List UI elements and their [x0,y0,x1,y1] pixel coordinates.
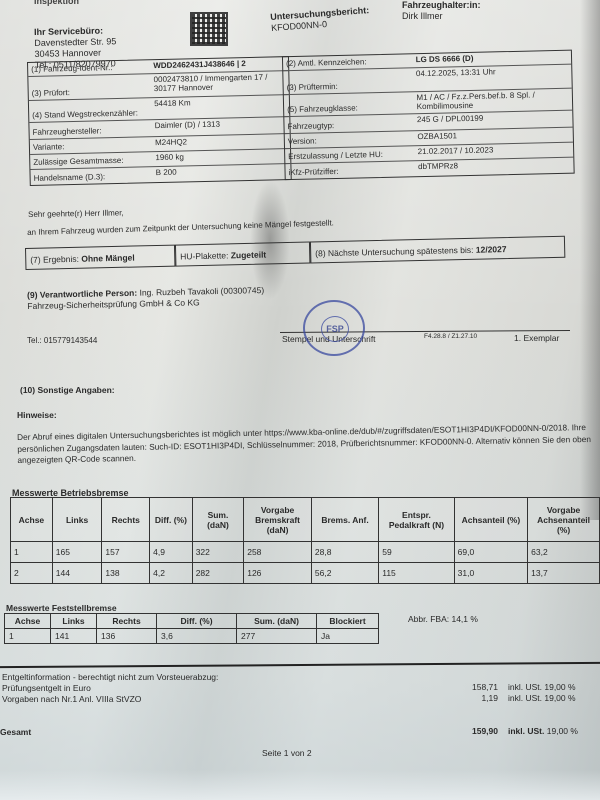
column-header: Blockiert [317,614,379,629]
table-cell: 59 [379,542,454,563]
vehicle-label: (3) Prüftermin: [283,68,413,94]
parking-brake-table: Achse Links Rechts Diff. (%) Sum. (daN) … [4,613,379,644]
vehicle-value: M1 / AC / Fz.z.Pers.bef.b. 8 Spl. / Komb… [413,89,572,114]
table-cell: 258 [244,542,312,563]
vehicle-holder-block: Fahrzeughalter:in: Dirk Illmer [402,0,481,22]
table-cell: 322 [192,542,244,563]
vehicle-label: (5) Fahrzeugklasse: [284,92,414,116]
table-header-row: Achse Links Rechts Diff. (%) Sum. (daN) … [5,614,379,629]
fee-item-amount: 158,71 [438,682,498,693]
column-header: Vorgabe Bremskraft (daN) [244,498,312,542]
vehicle-value: dbTMPRz8 [415,158,574,177]
finding-statement: an Ihrem Fahrzeug wurden zum Zeitpunkt d… [27,216,407,237]
column-header: Achsanteil (%) [454,498,528,542]
parking-brake-title: Messwerte Feststellbremse [6,603,117,613]
stamp-icon: FSP [303,300,365,356]
next-inspection-cell: (8) Nächste Untersuchung spätestens bis:… [310,236,565,264]
cut-off-heading: Inspektion [34,0,79,6]
table-cell: 4,2 [150,563,193,584]
table-row: 21441384,228212656,211531,013,7 [11,563,600,584]
table-row: 11651574,932225828,85969,063,2 [11,542,600,563]
vehicle-data-left: (1) Fahrzeug-Ident-Nr.: WDD2462431J43864… [27,56,292,186]
vehicle-label: iKfz-Prüfziffer: [285,161,415,179]
vehicle-label: Fahrzeugtyp: [284,114,414,133]
table-cell: 157 [102,542,150,563]
vehicle-label: (3) Prüfort: [28,74,151,100]
vehicle-label: Fahrzeughersteller: [29,120,152,139]
result-label: (7) Ergebnis: [30,254,79,265]
vehicle-label: Erstzulassung / Letzte HU: [285,146,415,163]
table-cell: 56,2 [311,563,378,584]
table-cell: 138 [102,563,150,584]
responsible-name: Ing. Ruzbeh Tavakoli (00300745) [139,285,264,298]
fee-item-amount: 1,19 [438,693,498,704]
table-cell: Ja [317,629,379,644]
table-cell: 144 [52,563,102,584]
divider [0,662,600,668]
column-header: Links [51,614,97,629]
vehicle-value: Daimler (D) / 1313 [152,117,290,136]
vehicle-data-right: (2) Amtl. Kennzeichen: LG DS 6666 (D) (3… [282,50,575,181]
vehicle-value: 0002473810 / Immengarten 17 / 30177 Hann… [150,71,288,97]
fee-title: Entgeltinformation - berechtigt nicht zu… [2,672,218,683]
vehicle-label: Zulässige Gesamtmasse: [30,152,152,169]
notes-title: Hinweise: [17,410,57,420]
fee-item-label: Prüfungsentgelt in Euro [2,683,218,694]
table-cell: 3,6 [157,629,237,644]
table-cell: 1 [5,629,51,644]
vehicle-label: (4) Stand Wegstreckenzähler: [29,98,152,122]
table-row: 11411363,6277Ja [5,629,379,644]
table-cell: 13,7 [528,563,600,584]
notes-text: Der Abruf eines digitalen Untersuchungsb… [17,422,598,467]
stamp-text: FSP [321,316,349,342]
service-office-street: Davenstedter Str. 95 [34,36,116,49]
table-cell: 165 [52,542,102,563]
fee-item-label: Vorgaben nach Nr.1 Anl. VIIIa StVZO [2,694,218,705]
vehicle-label: Version: [285,131,415,148]
responsible-phone: Tel.: 015779143544 [27,336,97,345]
holder-name: Dirk Illmer [402,11,481,22]
vehicle-label: Variante: [30,137,152,154]
inspection-report-page: Inspektion Ihr Servicebüro: Davenstedter… [0,0,600,800]
vehicle-value: B 200 [153,164,291,182]
vehicle-value: 54418 Km [151,95,289,119]
next-inspection-value: 12/2027 [476,244,507,255]
fee-amounts: 158,71 1,19 [438,682,498,704]
parking-brake-deceleration: Abbr. FBA: 14,1 % [408,614,478,624]
sticker-value: Zugeteilt [231,250,267,261]
column-header: Achse [5,614,51,629]
column-header: Entspr. Pedalkraft (N) [379,498,454,542]
column-header: Diff. (%) [150,498,193,542]
column-header: Links [52,498,102,542]
table-cell: 31,0 [454,563,528,584]
result-box: (7) Ergebnis: Ohne Mängel HU-Plakette: Z… [25,236,565,270]
table-cell: 277 [237,629,317,644]
other-info-title: (10) Sonstige Angaben: [20,385,115,395]
total-label: Gesamt [0,727,31,737]
page-indicator: Seite 1 von 2 [262,748,312,758]
greeting: Sehr geehrte(r) Herr Illmer, [28,208,124,219]
result-cell: (7) Ergebnis: Ohne Mängel [25,245,175,270]
table-cell: 282 [192,563,244,584]
vehicle-data-grid: (1) Fahrzeug-Ident-Nr.: WDD2462431J43864… [27,50,575,202]
bottom-shade [0,770,600,800]
total-vat-prefix: inkl. USt. [508,726,544,736]
fee-vat: inkl. USt. 19,00 % inkl. USt. 19,00 % [508,682,576,704]
total-vat-rate: 19,00 % [547,726,578,736]
report-number-block: Untersuchungsbericht: KFOD00NN-0 [270,5,370,34]
service-brake-table: Achse Links Rechts Diff. (%) Sum. (daN) … [10,497,600,584]
table-cell: 1 [11,542,53,563]
column-header: Rechts [97,614,157,629]
vehicle-value: 04.12.2025, 13:31 Uhr [413,65,572,92]
column-header: Sum. (daN) [192,498,244,542]
fee-info-block: Entgeltinformation - berechtigt nicht zu… [2,672,218,705]
form-number: F4.28.8 / Z1.27.10 [424,333,477,340]
column-header: Brems. Anf. [311,498,378,542]
column-header: Sum. (daN) [237,614,317,629]
sticker-label: HU-Plakette: [180,250,228,261]
sticker-cell: HU-Plakette: Zugeteilt [175,242,310,267]
fee-item-vat: inkl. USt. 19,00 % [508,693,576,704]
table-cell: 2 [11,563,53,584]
table-cell: 115 [379,563,454,584]
vehicle-label: (1) Fahrzeug-Ident-Nr.: [28,60,150,76]
responsible-person-block: (9) Verantwortliche Person: Ing. Ruzbeh … [27,285,264,312]
table-header-row: Achse Links Rechts Diff. (%) Sum. (daN) … [11,498,600,542]
table-cell: 69,0 [454,542,528,563]
column-header: Diff. (%) [157,614,237,629]
next-inspection-label: (8) Nächste Untersuchung spätestens bis: [315,245,473,259]
paper-fold-shadow [250,180,290,300]
table-cell: 126 [244,563,312,584]
vehicle-label: Handelsname (D.3): [30,167,152,185]
copy-label: 1. Exemplar [514,333,559,343]
fee-item-vat: inkl. USt. 19,00 % [508,682,576,693]
column-header: Rechts [102,498,150,542]
result-value: Ohne Mängel [81,253,135,264]
table-cell: 141 [51,629,97,644]
table-cell: 28,8 [311,542,378,563]
table-cell: 136 [97,629,157,644]
qr-code-icon [190,12,228,46]
holder-title: Fahrzeughalter:in: [402,0,481,11]
edge-shadow [580,0,600,520]
total-vat: inkl. USt. 19,00 % [508,726,578,736]
column-header: Achse [11,498,53,542]
table-cell: 4,9 [150,542,193,563]
total-amount: 159,90 [438,726,498,736]
table-cell: 63,2 [528,542,600,563]
